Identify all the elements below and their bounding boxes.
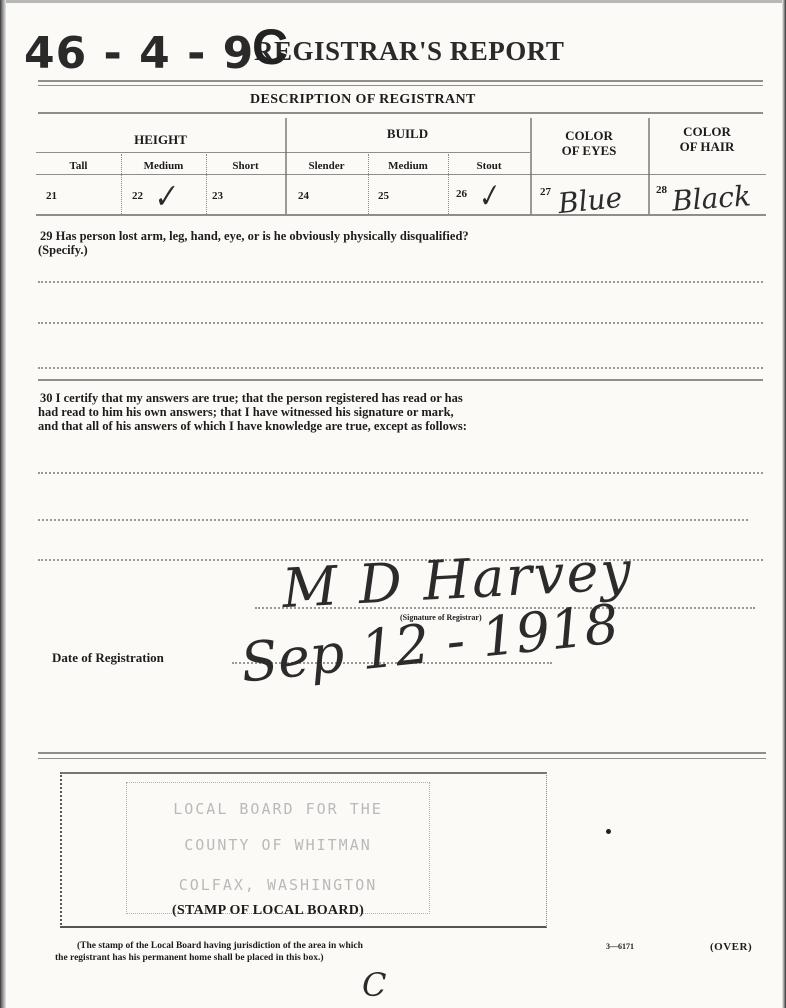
height-short-label: Short (206, 160, 285, 172)
height-medium-checkmark: ✓ (149, 178, 181, 217)
hair-color-value: Black (671, 179, 752, 217)
question-29-specify: (Specify.) (38, 243, 88, 257)
build-stout-label: Stout (448, 160, 530, 172)
question-30-line-3: and that all of his answers of which I h… (38, 419, 768, 433)
lower-rule-1 (38, 752, 766, 754)
ink-dot (606, 829, 611, 834)
stamp-caption: (STAMP OF LOCAL BOARD) (172, 903, 364, 919)
description-table: HEIGHT BUILD COLOR OF EYES COLOR OF HAIR… (36, 118, 766, 214)
stamp-line-1: LOCAL BOARD FOR THE (128, 800, 428, 818)
draft-card-back: 46 - 4 - 9 RREGISTRAR'S REPORT C DESCRIP… (0, 0, 786, 1008)
answer-30-line-1[interactable] (38, 472, 763, 474)
field-21-number: 21 (46, 190, 57, 202)
stamp-line-2: COUNTY OF WHITMAN (128, 836, 428, 854)
form-number: 3—6171 (606, 942, 634, 951)
build-header: BUILD (285, 126, 530, 141)
field-28-number: 28 (656, 184, 667, 196)
table-top-rule (38, 112, 763, 114)
page-edge-top (0, 0, 786, 3)
field-23-number: 23 (212, 190, 223, 202)
answer-30-line-2[interactable] (38, 519, 748, 521)
eyes-header: COLOR OF EYES (530, 128, 648, 158)
height-header: HEIGHT (36, 132, 285, 147)
answer-29-line-3[interactable] (38, 367, 763, 369)
stamp-instructions: (The stamp of the Local Board having jur… (55, 940, 525, 964)
stamp-line-3: COLFAX, WASHINGTON (128, 876, 428, 894)
question-29-text: 29 Has person lost arm, leg, hand, eye, … (40, 229, 770, 243)
group-header-rule (36, 152, 530, 153)
height-tall-label: Tall (36, 160, 121, 172)
build-medium-label: Medium (368, 160, 448, 172)
date-of-registration-label: Date of Registration (52, 650, 164, 666)
field-26-number: 26 (456, 188, 467, 200)
serial-suffix: C (252, 18, 288, 76)
table-bottom-rule (36, 214, 766, 216)
build-slender-label: Slender (285, 160, 368, 172)
header-rule-2 (38, 85, 763, 86)
handwritten-initial: C (362, 966, 386, 1004)
page-edge-left (0, 0, 6, 1008)
description-title: DESCRIPTION OF REGISTRANT (250, 92, 476, 108)
report-title: RREGISTRAR'S REPORT (250, 36, 564, 67)
over-label: (OVER) (710, 941, 752, 953)
answer-29-line-2[interactable] (38, 322, 763, 324)
header-rule-1 (38, 80, 763, 82)
field-22-number: 22 (132, 190, 143, 202)
lower-rule-2 (38, 758, 766, 759)
question-30-line-1: 30 I certify that my answers are true; t… (40, 391, 770, 405)
field-24-number: 24 (298, 190, 309, 202)
eye-color-value: Blue (556, 181, 623, 221)
hair-header: COLOR OF HAIR (648, 124, 766, 154)
subheader-rule (36, 174, 766, 175)
page-edge-right (782, 0, 786, 1008)
answer-29-line-1[interactable] (38, 281, 763, 283)
build-stout-checkmark: ✓ (471, 177, 504, 216)
section-rule (38, 379, 763, 381)
field-27-number: 27 (540, 186, 551, 198)
question-30-line-2: had read to him his own answers; that I … (38, 405, 768, 419)
height-medium-label: Medium (121, 160, 206, 172)
serial-number: 46 - 4 - 9 (24, 28, 254, 79)
field-25-number: 25 (378, 190, 389, 202)
